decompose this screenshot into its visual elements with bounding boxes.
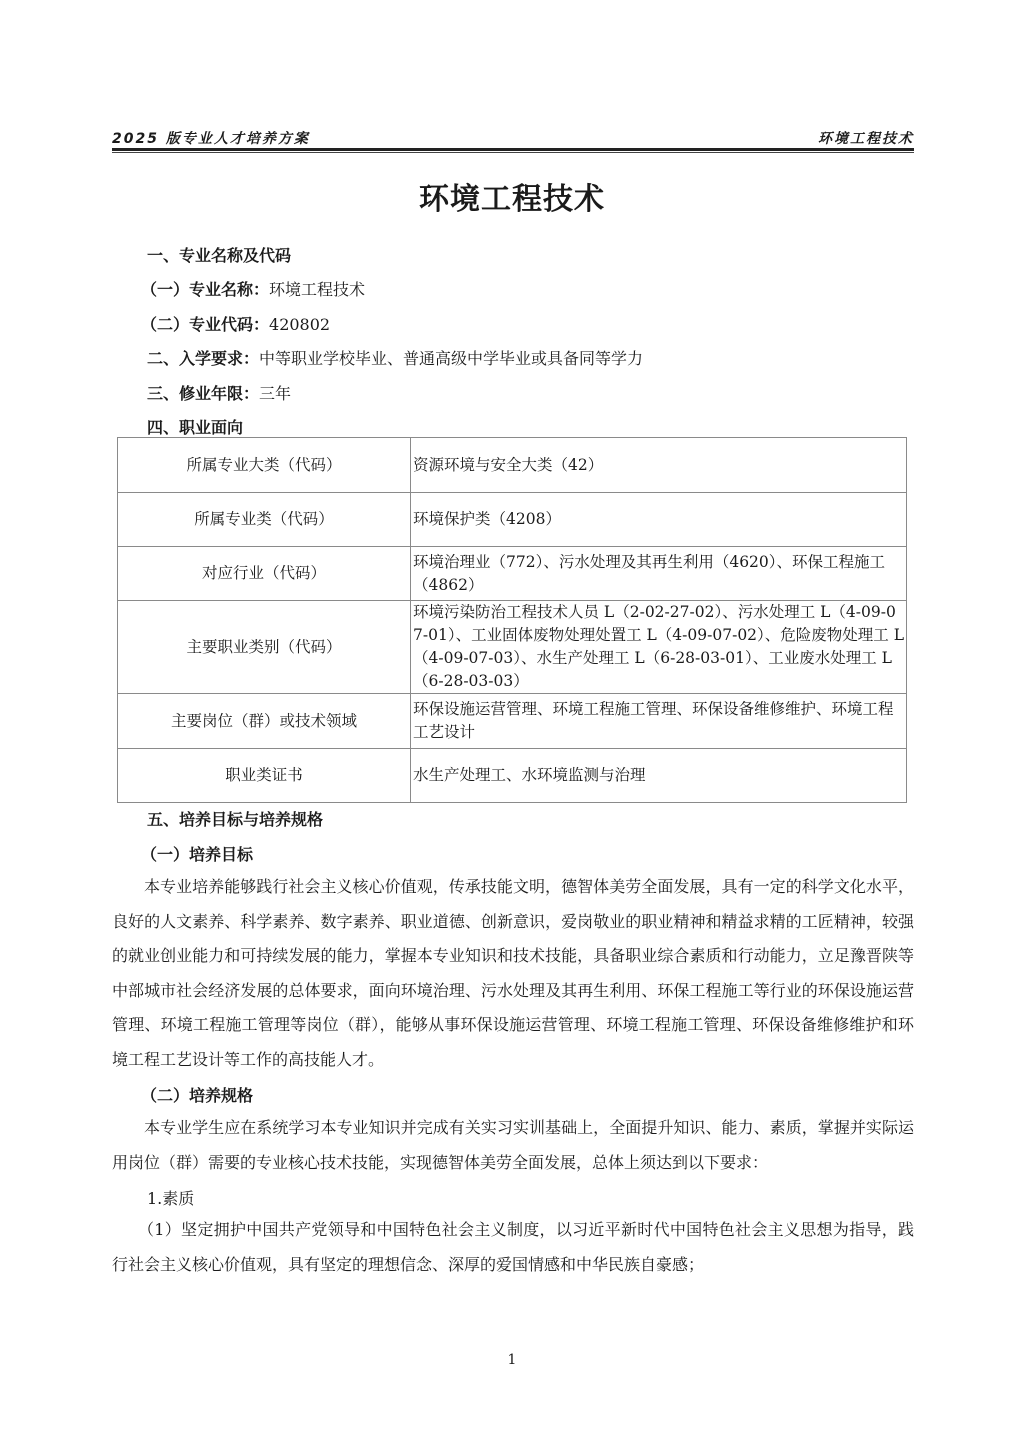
table-label-cell: 主要职业类别（代码） xyxy=(118,601,411,694)
major-name-label: （一）专业名称： xyxy=(141,280,269,299)
major-name-value: 环境工程技术 xyxy=(269,280,365,299)
major-code-label: （二）专业代码： xyxy=(141,315,269,334)
header-rule xyxy=(112,148,914,153)
major-name-line: （一）专业名称：环境工程技术 xyxy=(141,277,365,300)
table-label-cell: 所属专业大类（代码） xyxy=(118,438,411,493)
running-header: 2025 版专业人才培养方案 环境工程技术 xyxy=(112,126,914,148)
table-row: 职业类证书 水生产处理工、水环境监测与治理 xyxy=(118,749,907,803)
table-label-cell: 主要岗位（群）或技术领域 xyxy=(118,694,411,749)
major-code-value: 420802 xyxy=(269,315,330,334)
document-title: 环境工程技术 xyxy=(0,174,1024,218)
table-row: 主要岗位（群）或技术领域 环保设施运营管理、环境工程施工管理、环保设备维修维护、… xyxy=(118,694,907,749)
table-value-cell: 资源环境与安全大类（42） xyxy=(411,438,907,493)
duration-value: 三年 xyxy=(259,384,291,403)
quality-item-1: （1）坚定拥护中国共产党领导和中国特色社会主义制度，以习近平新时代中国特色社会主… xyxy=(112,1213,914,1282)
table-value-cell: 环境治理业（772）、污水处理及其再生利用（4620）、环保工程施工（4862） xyxy=(411,547,907,601)
duration-label: 三、修业年限： xyxy=(147,384,259,403)
training-goal-heading: （一）培养目标 xyxy=(141,842,253,865)
table-row: 所属专业大类（代码） 资源环境与安全大类（42） xyxy=(118,438,907,493)
table-label-cell: 职业类证书 xyxy=(118,749,411,803)
admission-value: 中等职业学校毕业、普通高级中学毕业或具备同等学力 xyxy=(259,349,643,368)
training-spec-heading: （二）培养规格 xyxy=(141,1083,253,1106)
major-code-line: （二）专业代码：420802 xyxy=(141,312,330,335)
training-goal-paragraph: 本专业培养能够践行社会主义核心价值观，传承技能文明，德智体美劳全面发展，具有一定… xyxy=(112,870,914,1077)
header-right-text: 环境工程技术 xyxy=(818,128,914,148)
section-1-heading: 一、专业名称及代码 xyxy=(147,243,291,266)
admission-label: 二、入学要求： xyxy=(147,349,259,368)
duration-line: 三、修业年限：三年 xyxy=(147,381,291,404)
page-number: 1 xyxy=(0,1352,1024,1368)
table-value-cell: 环境保护类（4208） xyxy=(411,493,907,547)
table-label-cell: 对应行业（代码） xyxy=(118,547,411,601)
table-row: 主要职业类别（代码） 环境污染防治工程技术人员 L（2-02-27-02）、污水… xyxy=(118,601,907,694)
header-left-text: 2025 版专业人才培养方案 xyxy=(112,128,310,148)
table-label-cell: 所属专业类（代码） xyxy=(118,493,411,547)
section-5-heading: 五、培养目标与培养规格 xyxy=(147,807,323,830)
training-spec-paragraph: 本专业学生应在系统学习本专业知识并完成有关实习实训基础上，全面提升知识、能力、素… xyxy=(112,1111,914,1180)
table-value-cell: 环保设施运营管理、环境工程施工管理、环保设备维修维护、环境工程工艺设计 xyxy=(411,694,907,749)
quality-heading: 1.素质 xyxy=(147,1186,194,1209)
table-value-cell: 水生产处理工、水环境监测与治理 xyxy=(411,749,907,803)
admission-line: 二、入学要求：中等职业学校毕业、普通高级中学毕业或具备同等学力 xyxy=(147,346,643,369)
table-row: 对应行业（代码） 环境治理业（772）、污水处理及其再生利用（4620）、环保工… xyxy=(118,547,907,601)
career-orientation-table: 所属专业大类（代码） 资源环境与安全大类（42） 所属专业类（代码） 环境保护类… xyxy=(117,437,907,803)
table-row: 所属专业类（代码） 环境保护类（4208） xyxy=(118,493,907,547)
table-value-cell: 环境污染防治工程技术人员 L（2-02-27-02）、污水处理工 L（4-09-… xyxy=(411,601,907,694)
section-4-heading: 四、职业面向 xyxy=(147,415,243,438)
